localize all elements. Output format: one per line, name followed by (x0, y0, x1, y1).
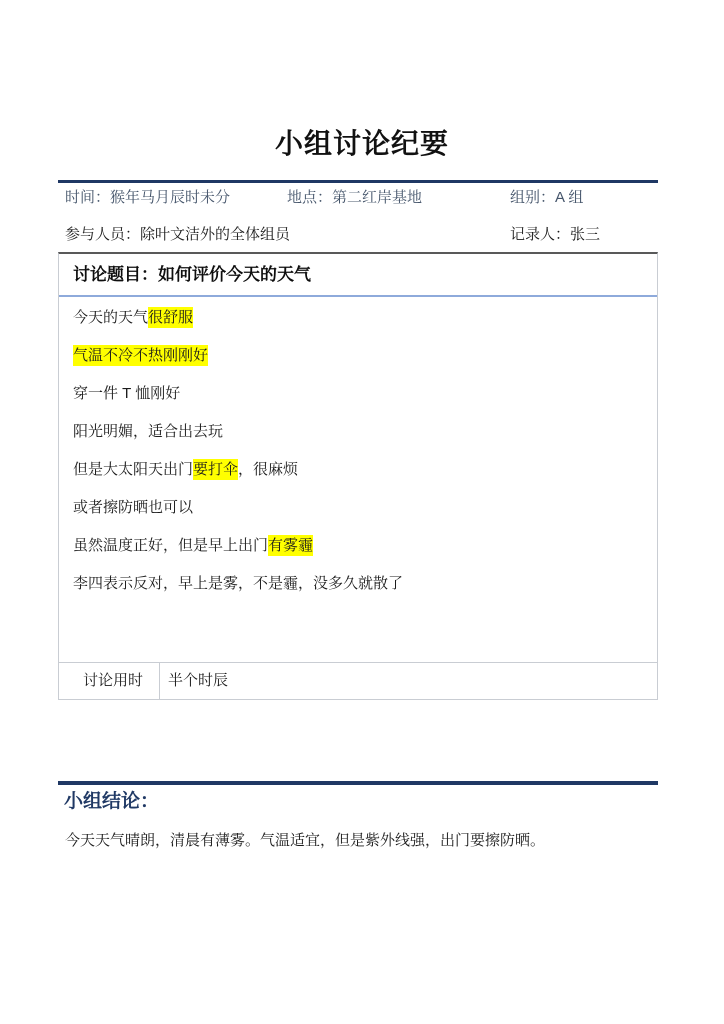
group-label: 组别： (510, 189, 555, 206)
time-value: 猴年马月辰时未分 (110, 189, 230, 206)
discussion-topic-header: 讨论题目：如何评价今天的天气 (59, 254, 657, 297)
line-text: 或者擦防晒也可以 (73, 499, 193, 516)
highlighted-text: 很舒服 (148, 307, 193, 328)
recorder-value: 张三 (570, 226, 600, 243)
conclusion-heading: 小组结论： (64, 790, 159, 814)
discussion-lines: 今天的天气很舒服气温不冷不热刚刚好穿一件 T 恤刚好阳光明媚，适合出去玩但是大太… (59, 297, 657, 662)
location-value: 第二红岸基地 (332, 189, 422, 206)
discussion-line: 阳光明媚，适合出去玩 (73, 421, 643, 442)
discussion-line: 气温不冷不热刚刚好 (73, 345, 643, 366)
highlighted-text: 气温不冷不热刚刚好 (73, 345, 208, 366)
recorder-field: 记录人：张三 (510, 225, 600, 245)
line-text: 李四表示反对，早上是雾，不是霾，没多久就散了 (73, 575, 403, 592)
highlighted-text: 有雾霾 (268, 535, 313, 556)
line-text: 但是大太阳天出门 (73, 461, 193, 478)
time-label: 时间： (65, 189, 110, 206)
duration-row: 讨论用时 半个时辰 (59, 662, 657, 699)
duration-value-cell: 半个时辰 (160, 663, 657, 699)
header-divider (58, 180, 658, 183)
participants-label: 参与人员： (65, 226, 140, 243)
discussion-line: 虽然温度正好，但是早上出门有雾霾 (73, 535, 643, 556)
discussion-table: 讨论题目：如何评价今天的天气 今天的天气很舒服气温不冷不热刚刚好穿一件 T 恤刚… (58, 252, 658, 700)
discussion-line: 今天的天气很舒服 (73, 307, 643, 328)
highlighted-text: 要打伞 (193, 459, 238, 480)
line-text: 虽然温度正好，但是早上出门 (73, 537, 268, 554)
line-text: ，很麻烦 (238, 461, 298, 478)
conclusion-divider (58, 781, 658, 785)
page-title: 小组讨论纪要 (0, 122, 724, 162)
participants-value: 除叶文洁外的全体组员 (140, 226, 290, 243)
location-field: 地点：第二红岸基地 (287, 188, 422, 208)
line-text: 阳光明媚，适合出去玩 (73, 423, 223, 440)
discussion-line: 穿一件 T 恤刚好 (73, 383, 643, 404)
location-label: 地点： (287, 189, 332, 206)
conclusion-body: 今天天气晴朗，清晨有薄雾。气温适宜，但是紫外线强，出门要擦防晒。 (65, 830, 658, 851)
group-field: 组别：A 组 (510, 188, 583, 208)
participants-field: 参与人员：除叶文洁外的全体组员 (65, 225, 290, 245)
topic-label: 讨论题目： (73, 265, 158, 284)
recorder-label: 记录人： (510, 226, 570, 243)
line-text: 今天的天气 (73, 309, 148, 326)
discussion-line: 或者擦防晒也可以 (73, 497, 643, 518)
time-field: 时间：猴年马月辰时未分 (65, 188, 230, 208)
topic-text: 如何评价今天的天气 (158, 265, 311, 284)
duration-label-cell: 讨论用时 (59, 663, 160, 699)
line-text: 穿一件 T 恤刚好 (73, 385, 180, 402)
group-value: A 组 (555, 189, 583, 206)
discussion-line: 但是大太阳天出门要打伞，很麻烦 (73, 459, 643, 480)
discussion-line: 李四表示反对，早上是雾，不是霾，没多久就散了 (73, 573, 643, 594)
